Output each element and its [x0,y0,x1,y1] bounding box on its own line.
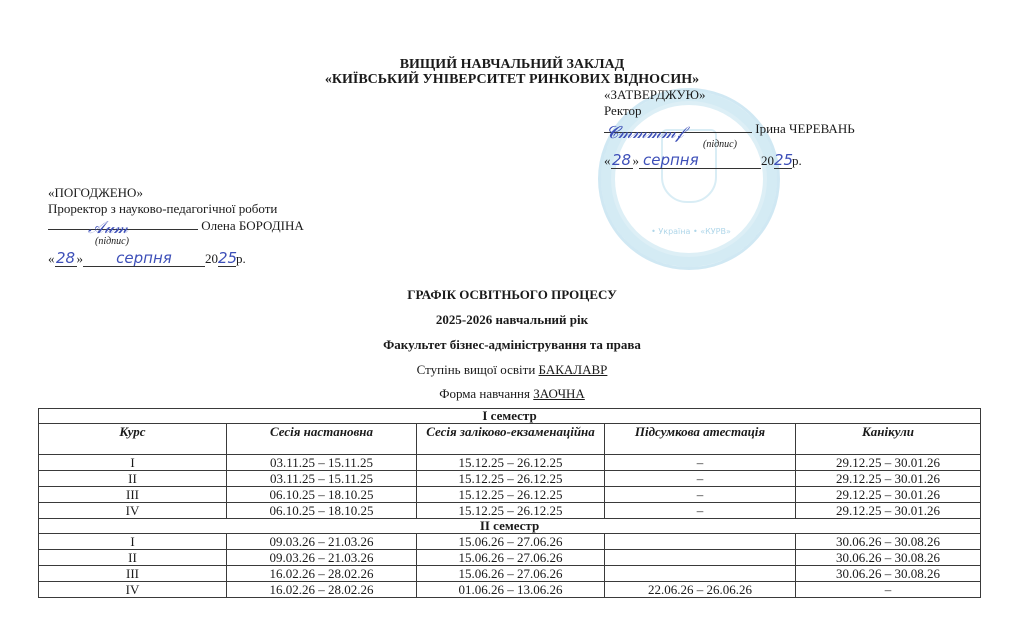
column-header: Підсумкова атестація [605,424,796,455]
semester-header-row: І семестр [39,409,981,424]
study-form-line: Форма навчання ЗАОЧНА [0,386,1024,401]
agreement-day: 28 [55,251,77,267]
table-cell: 15.12.25 – 26.12.25 [417,471,605,487]
column-header: Курс [39,424,227,455]
agreement-year: 25 [218,251,236,267]
table-row: III06.10.25 – 18.10.2515.12.25 – 26.12.2… [39,487,981,503]
column-header: Сесія настановна [227,424,417,455]
table-cell: 09.03.26 – 21.03.26 [227,534,417,550]
table-cell: 22.06.26 – 26.06.26 [605,582,796,598]
signature-scribble: 𝒜𝓊𝓂 [88,221,128,236]
approval-month: серпня [639,153,761,169]
faculty: Факультет бізнес-адміністрування та прав… [0,337,1024,352]
approval-year: 25 [774,153,792,169]
table-cell: 15.12.25 – 26.12.25 [417,487,605,503]
prorector-name: Олена БОРОДІНА [201,218,304,233]
table-row: II09.03.26 – 21.03.2615.06.26 – 27.06.26… [39,550,981,566]
table-cell: II [39,471,227,487]
prorector-signature: 𝒜𝓊𝓂 [48,229,198,230]
agreement-date: «28»серпня2025р. [48,251,246,267]
table-cell [605,566,796,582]
agreement-month: серпня [83,251,205,267]
schedule-table: І семестрКурсСесія настановнаСесія залік… [38,408,981,598]
table-cell: I [39,455,227,471]
table-row: II03.11.25 – 15.11.2515.12.25 – 26.12.25… [39,471,981,487]
study-form-value: ЗАОЧНА [533,386,585,401]
table-cell: – [796,582,981,598]
table-row: I09.03.26 – 21.03.2615.06.26 – 27.06.263… [39,534,981,550]
table-cell: 30.06.26 – 30.08.26 [796,550,981,566]
table-cell: 15.06.26 – 27.06.26 [417,550,605,566]
table-cell: I [39,534,227,550]
table-cell: 16.02.26 – 28.02.26 [227,582,417,598]
degree-value: БАКАЛАВР [539,362,608,377]
column-header: Сесія заліково-екзаменаційна [417,424,605,455]
table-cell: III [39,487,227,503]
table-cell: 03.11.25 – 15.11.25 [227,471,417,487]
agreement-position: Проректор з науково-педагогічної роботи [48,201,277,216]
table-cell: 15.06.26 – 27.06.26 [417,566,605,582]
column-header-row: КурсСесія настановнаСесія заліково-екзам… [39,424,981,455]
column-header: Канікули [796,424,981,455]
approval-title: «ЗАТВЕРДЖУЮ» [604,87,705,102]
table-cell: 30.06.26 – 30.08.26 [796,534,981,550]
signature-scribble: 𝓒𝓂𝓂𝓂𝓂𝒻 [606,126,683,141]
table-cell [605,550,796,566]
approval-signature-caption: (підпис) [703,139,737,150]
academic-year: 2025-2026 навчальний рік [0,312,1024,327]
table-row: I03.11.25 – 15.11.2515.12.25 – 26.12.25–… [39,455,981,471]
stamp-text: • Україна • «КУРВ» [631,227,751,236]
table-cell: – [605,455,796,471]
table-cell: 16.02.26 – 28.02.26 [227,566,417,582]
approval-day: 28 [611,153,633,169]
table-cell: 01.06.26 – 13.06.26 [417,582,605,598]
table-cell: 15.06.26 – 27.06.26 [417,534,605,550]
agreement-signature-line: 𝒜𝓊𝓂 Олена БОРОДІНА [48,218,348,233]
table-cell: 06.10.25 – 18.10.25 [227,487,417,503]
approval-signature-line: 𝓒𝓂𝓂𝓂𝓂𝒻 Ірина ЧЕРЕВАНЬ [604,121,904,136]
document-title: ГРАФІК ОСВІТНЬОГО ПРОЦЕСУ [0,287,1024,302]
table-cell: IV [39,503,227,519]
table-cell: – [605,503,796,519]
table-cell: 29.12.25 – 30.01.26 [796,455,981,471]
table-cell: III [39,566,227,582]
approval-position: Ректор [604,103,641,118]
agreement-title: «ПОГОДЖЕНО» [48,185,143,200]
table-cell: 29.12.25 – 30.01.26 [796,503,981,519]
table-cell: II [39,550,227,566]
rector-signature: 𝓒𝓂𝓂𝓂𝓂𝒻 [604,132,752,133]
agreement-signature-caption: (підпис) [95,236,129,247]
semester-label: І семестр [39,409,981,424]
table-cell: IV [39,582,227,598]
table-row: IV16.02.26 – 28.02.2601.06.26 – 13.06.26… [39,582,981,598]
table-cell: 09.03.26 – 21.03.26 [227,550,417,566]
approval-date: «28»серпня2025р. [604,153,802,169]
table-cell [605,534,796,550]
table-cell: 15.12.25 – 26.12.25 [417,455,605,471]
table-row: IV06.10.25 – 18.10.2515.12.25 – 26.12.25… [39,503,981,519]
table-cell: – [605,487,796,503]
table-cell: 03.11.25 – 15.11.25 [227,455,417,471]
table-cell: 30.06.26 – 30.08.26 [796,566,981,582]
rector-name: Ірина ЧЕРЕВАНЬ [755,121,854,136]
table-cell: 15.12.25 – 26.12.25 [417,503,605,519]
table-cell: 29.12.25 – 30.01.26 [796,487,981,503]
semester-header-row: ІІ семестр [39,519,981,534]
semester-label: ІІ семестр [39,519,981,534]
table-cell: 06.10.25 – 18.10.25 [227,503,417,519]
table-cell: 29.12.25 – 30.01.26 [796,471,981,487]
degree-line: Ступінь вищої освіти БАКАЛАВР [0,362,1024,377]
table-row: III16.02.26 – 28.02.2615.06.26 – 27.06.2… [39,566,981,582]
table-cell: – [605,471,796,487]
institution-line-1: ВИЩИЙ НАВЧАЛЬНИЙ ЗАКЛАД [0,57,1024,73]
institution-line-2: «КИЇВСЬКИЙ УНІВЕРСИТЕТ РИНКОВИХ ВІДНОСИН… [0,72,1024,88]
